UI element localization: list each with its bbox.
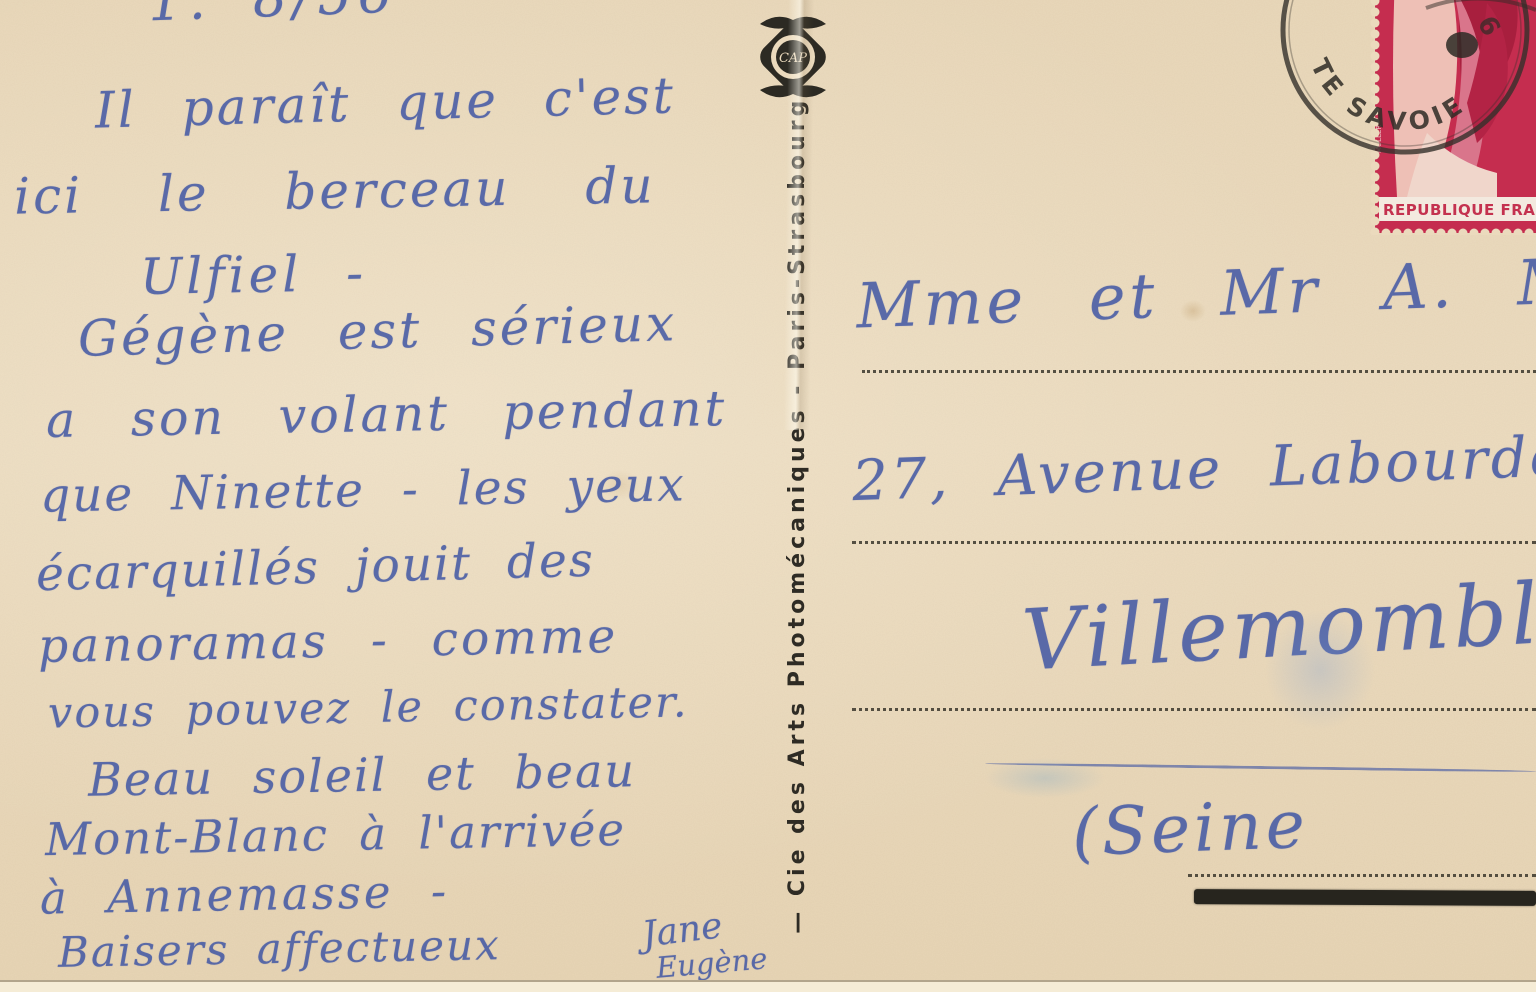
- message-line: Baisers affectueux: [58, 920, 502, 977]
- address-street: 27, Avenue Labourdon: [851, 423, 1536, 514]
- publisher-imprint: — Cie des Arts Photomécaniques - Paris-S…: [785, 59, 810, 934]
- address-rule-4: [1188, 874, 1536, 877]
- address-recipient: Mme et Mr A. Mll: [855, 242, 1536, 342]
- message-line: que Ninette - les yeux: [40, 457, 687, 523]
- message-line: Ulfiel -: [140, 244, 368, 306]
- address-department: (Seine: [1071, 786, 1310, 871]
- message-line: panoramas - comme: [38, 609, 619, 674]
- address-city: Villemombl: [1020, 564, 1536, 689]
- message-date: 1. 8/56: [147, 0, 399, 33]
- logo-monogram: CAP: [779, 51, 807, 66]
- message-line: ici le berceau du: [14, 156, 656, 225]
- message-line: à Annemasse -: [40, 864, 450, 924]
- message-line: Mont-Blanc à l'arrivée: [45, 803, 627, 866]
- message-line: Il paraît que c'est: [94, 66, 676, 139]
- publisher-logo: CAP: [740, 10, 846, 104]
- address-rule-2: [852, 541, 1536, 544]
- message-line: Beau soleil et beau: [88, 743, 637, 807]
- message-line: a son volant pendant: [46, 380, 728, 449]
- postcard-back: — Cie des Arts Photomécaniques - Paris-S…: [0, 0, 1536, 992]
- address-rule-1: [862, 370, 1536, 373]
- card-bottom-edge: [0, 980, 1536, 992]
- stamp-country-text: REPUBLIQUE FRA: [1383, 201, 1535, 219]
- message-line: écarquillés jouit des: [35, 533, 595, 603]
- printed-bar: [1194, 889, 1536, 906]
- pen-stroke: [985, 762, 1536, 773]
- message-line: vous pouvez le constater.: [48, 677, 689, 738]
- address-rule-3: [852, 708, 1536, 711]
- postage-stamp: REPUBLIQUE FRA MULLER: [1367, 0, 1536, 235]
